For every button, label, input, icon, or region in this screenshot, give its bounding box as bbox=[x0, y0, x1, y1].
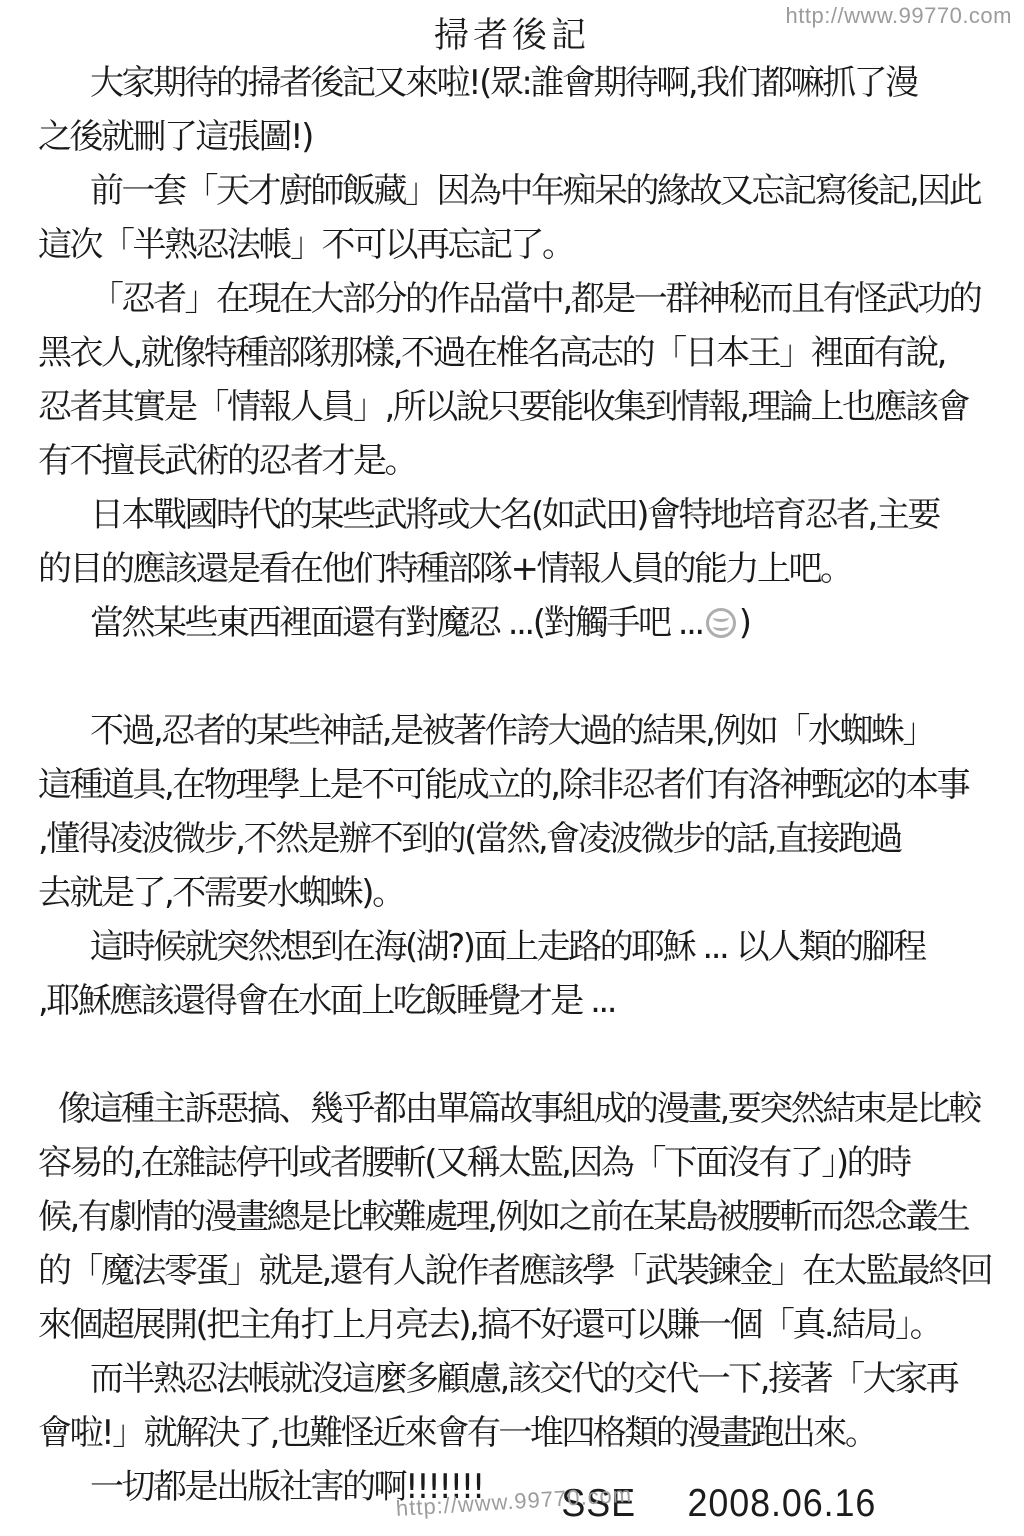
text-line-content: 這時候就突然想到在海(湖?)面上走路的耶穌 ... 以人類的腳程 bbox=[90, 927, 925, 967]
text-line-content: 「忍者」在現在大部分的作品當中,都是一群神秘而且有怪武功的 bbox=[90, 279, 980, 319]
text-line: 忍者其實是「情報人員」,所以說只要能收集到情報,理論上也應該會 bbox=[38, 380, 1004, 434]
text-line-content: 的目的應該還是看在他们特種部隊+情報人員的能力上吧。 bbox=[38, 549, 852, 589]
text-line: 這種道具,在物理學上是不可能成立的,除非忍者们有洛神甄宓的本事 bbox=[38, 758, 1004, 812]
text-line: ,耶穌應該還得會在水面上吃飯睡覺才是 ... bbox=[38, 974, 1004, 1028]
text-line-content: 這次「半熟忍法帳」不可以再忘記了。 bbox=[38, 225, 574, 265]
text-line: 前一套「天才廚師飯藏」因為中年痴呆的緣故又忘記寫後記,因此 bbox=[38, 164, 1004, 218]
text-line-content: 不過,忍者的某些神話,是被著作誇大過的結果,例如「水蜘蛛」 bbox=[90, 711, 934, 751]
text-line-content: 像這種主訴惡搞、幾乎都由單篇故事組成的漫畫,要突然結束是比較 bbox=[58, 1089, 980, 1129]
text-line-content: 去就是了,不需要水蜘蛛)。 bbox=[38, 873, 404, 913]
text-line: 而半熟忍法帳就沒這麼多顧慮,該交代的交代一下,接著「大家再 bbox=[38, 1352, 1004, 1406]
text-line: 「忍者」在現在大部分的作品當中,都是一群神秘而且有怪武功的 bbox=[38, 272, 1004, 326]
text-line: 去就是了,不需要水蜘蛛)。 bbox=[38, 866, 1004, 920]
body-text: 大家期待的掃者後記又來啦!(眾:誰會期待啊,我们都嘛抓了漫之後就刪了這張圖!)前… bbox=[38, 56, 1004, 1514]
text-line-content: ) bbox=[739, 603, 750, 643]
text-line: 的目的應該還是看在他们特種部隊+情報人員的能力上吧。 bbox=[38, 542, 1004, 596]
text-line: 黑衣人,就像特種部隊那樣,不過在椎名高志的「日本王」裡面有說, bbox=[38, 326, 1004, 380]
text-line: 當然某些東西裡面還有對魔忍 ...(對觸手吧 ...) bbox=[38, 596, 1004, 650]
text-line: 之後就刪了這張圖!) bbox=[38, 110, 1004, 164]
text-line-content: 有不擅長武術的忍者才是。 bbox=[38, 441, 416, 481]
text-line-content: 前一套「天才廚師飯藏」因為中年痴呆的緣故又忘記寫後記,因此 bbox=[90, 171, 980, 211]
text-line: 大家期待的掃者後記又來啦!(眾:誰會期待啊,我们都嘛抓了漫 bbox=[38, 56, 1004, 110]
text-line-content: 日本戰國時代的某些武將或大名(如武田)會特地培育忍者,主要 bbox=[90, 495, 939, 535]
text-line: 會啦!」就解決了,也難怪近來會有一堆四格類的漫畫跑出來。 bbox=[38, 1406, 1004, 1460]
text-line: ,懂得凌波微步,不然是辦不到的(當然,會凌波微步的話,直接跑過 bbox=[38, 812, 1004, 866]
text-line: 容易的,在雜誌停刊或者腰斬(又稱太監,因為「下面沒有了」)的時 bbox=[38, 1136, 1004, 1190]
text-line-content: 而半熟忍法帳就沒這麼多顧慮,該交代的交代一下,接著「大家再 bbox=[90, 1359, 957, 1399]
text-line-content: ,懂得凌波微步,不然是辦不到的(當然,會凌波微步的話,直接跑過 bbox=[38, 819, 901, 859]
text-line-content: 候,有劇情的漫畫總是比較難處理,例如之前在某島被腰斬而怨念叢生 bbox=[38, 1197, 968, 1237]
scanned-afterword-page: http://www.99770.com 掃者後記 大家期待的掃者後記又來啦!(… bbox=[0, 0, 1024, 1536]
text-line-content: 這種道具,在物理學上是不可能成立的,除非忍者们有洛神甄宓的本事 bbox=[38, 765, 968, 805]
laughing-face-emoticon bbox=[706, 608, 736, 638]
text-line-content: 大家期待的掃者後記又來啦!(眾:誰會期待啊,我们都嘛抓了漫 bbox=[90, 63, 917, 103]
text-line-content: 會啦!」就解決了,也難怪近來會有一堆四格類的漫畫跑出來。 bbox=[38, 1413, 876, 1453]
text-line-content: 容易的,在雜誌停刊或者腰斬(又稱太監,因為「下面沒有了」)的時 bbox=[38, 1143, 910, 1183]
text-line: 不過,忍者的某些神話,是被著作誇大過的結果,例如「水蜘蛛」 bbox=[38, 704, 1004, 758]
text-line-content: 忍者其實是「情報人員」,所以說只要能收集到情報,理論上也應該會 bbox=[38, 387, 968, 427]
text-line: 這時候就突然想到在海(湖?)面上走路的耶穌 ... 以人類的腳程 bbox=[38, 920, 1004, 974]
signature-date: 2008.06.16 bbox=[687, 1482, 876, 1526]
text-line: 候,有劇情的漫畫總是比較難處理,例如之前在某島被腰斬而怨念叢生 bbox=[38, 1190, 1004, 1244]
text-line-content: 的「魔法零蛋」就是,還有人說作者應該學「武裝鍊金」在太監最終回 bbox=[38, 1251, 991, 1291]
text-line: 像這種主訴惡搞、幾乎都由單篇故事組成的漫畫,要突然結束是比較 bbox=[38, 1082, 1004, 1136]
text-line-content: 來個超展開(把主角打上月亮去),搞不好還可以賺一個「真.結局」。 bbox=[38, 1305, 941, 1345]
text-line: 日本戰國時代的某些武將或大名(如武田)會特地培育忍者,主要 bbox=[38, 488, 1004, 542]
text-line: 來個超展開(把主角打上月亮去),搞不好還可以賺一個「真.結局」。 bbox=[38, 1298, 1004, 1352]
text-line-content: 之後就刪了這張圖!) bbox=[38, 117, 312, 157]
text-line-content: 黑衣人,就像特種部隊那樣,不過在椎名高志的「日本王」裡面有說, bbox=[38, 333, 945, 373]
text-line: 有不擅長武術的忍者才是。 bbox=[38, 434, 1004, 488]
text-line-content: 當然某些東西裡面還有對魔忍 ...(對觸手吧 ... bbox=[90, 603, 703, 643]
text-line-content: ,耶穌應該還得會在水面上吃飯睡覺才是 ... bbox=[38, 981, 615, 1021]
text-line: 的「魔法零蛋」就是,還有人說作者應該學「武裝鍊金」在太監最終回 bbox=[38, 1244, 1004, 1298]
text-line: 這次「半熟忍法帳」不可以再忘記了。 bbox=[38, 218, 1004, 272]
page-title: 掃者後記 bbox=[0, 8, 1024, 58]
